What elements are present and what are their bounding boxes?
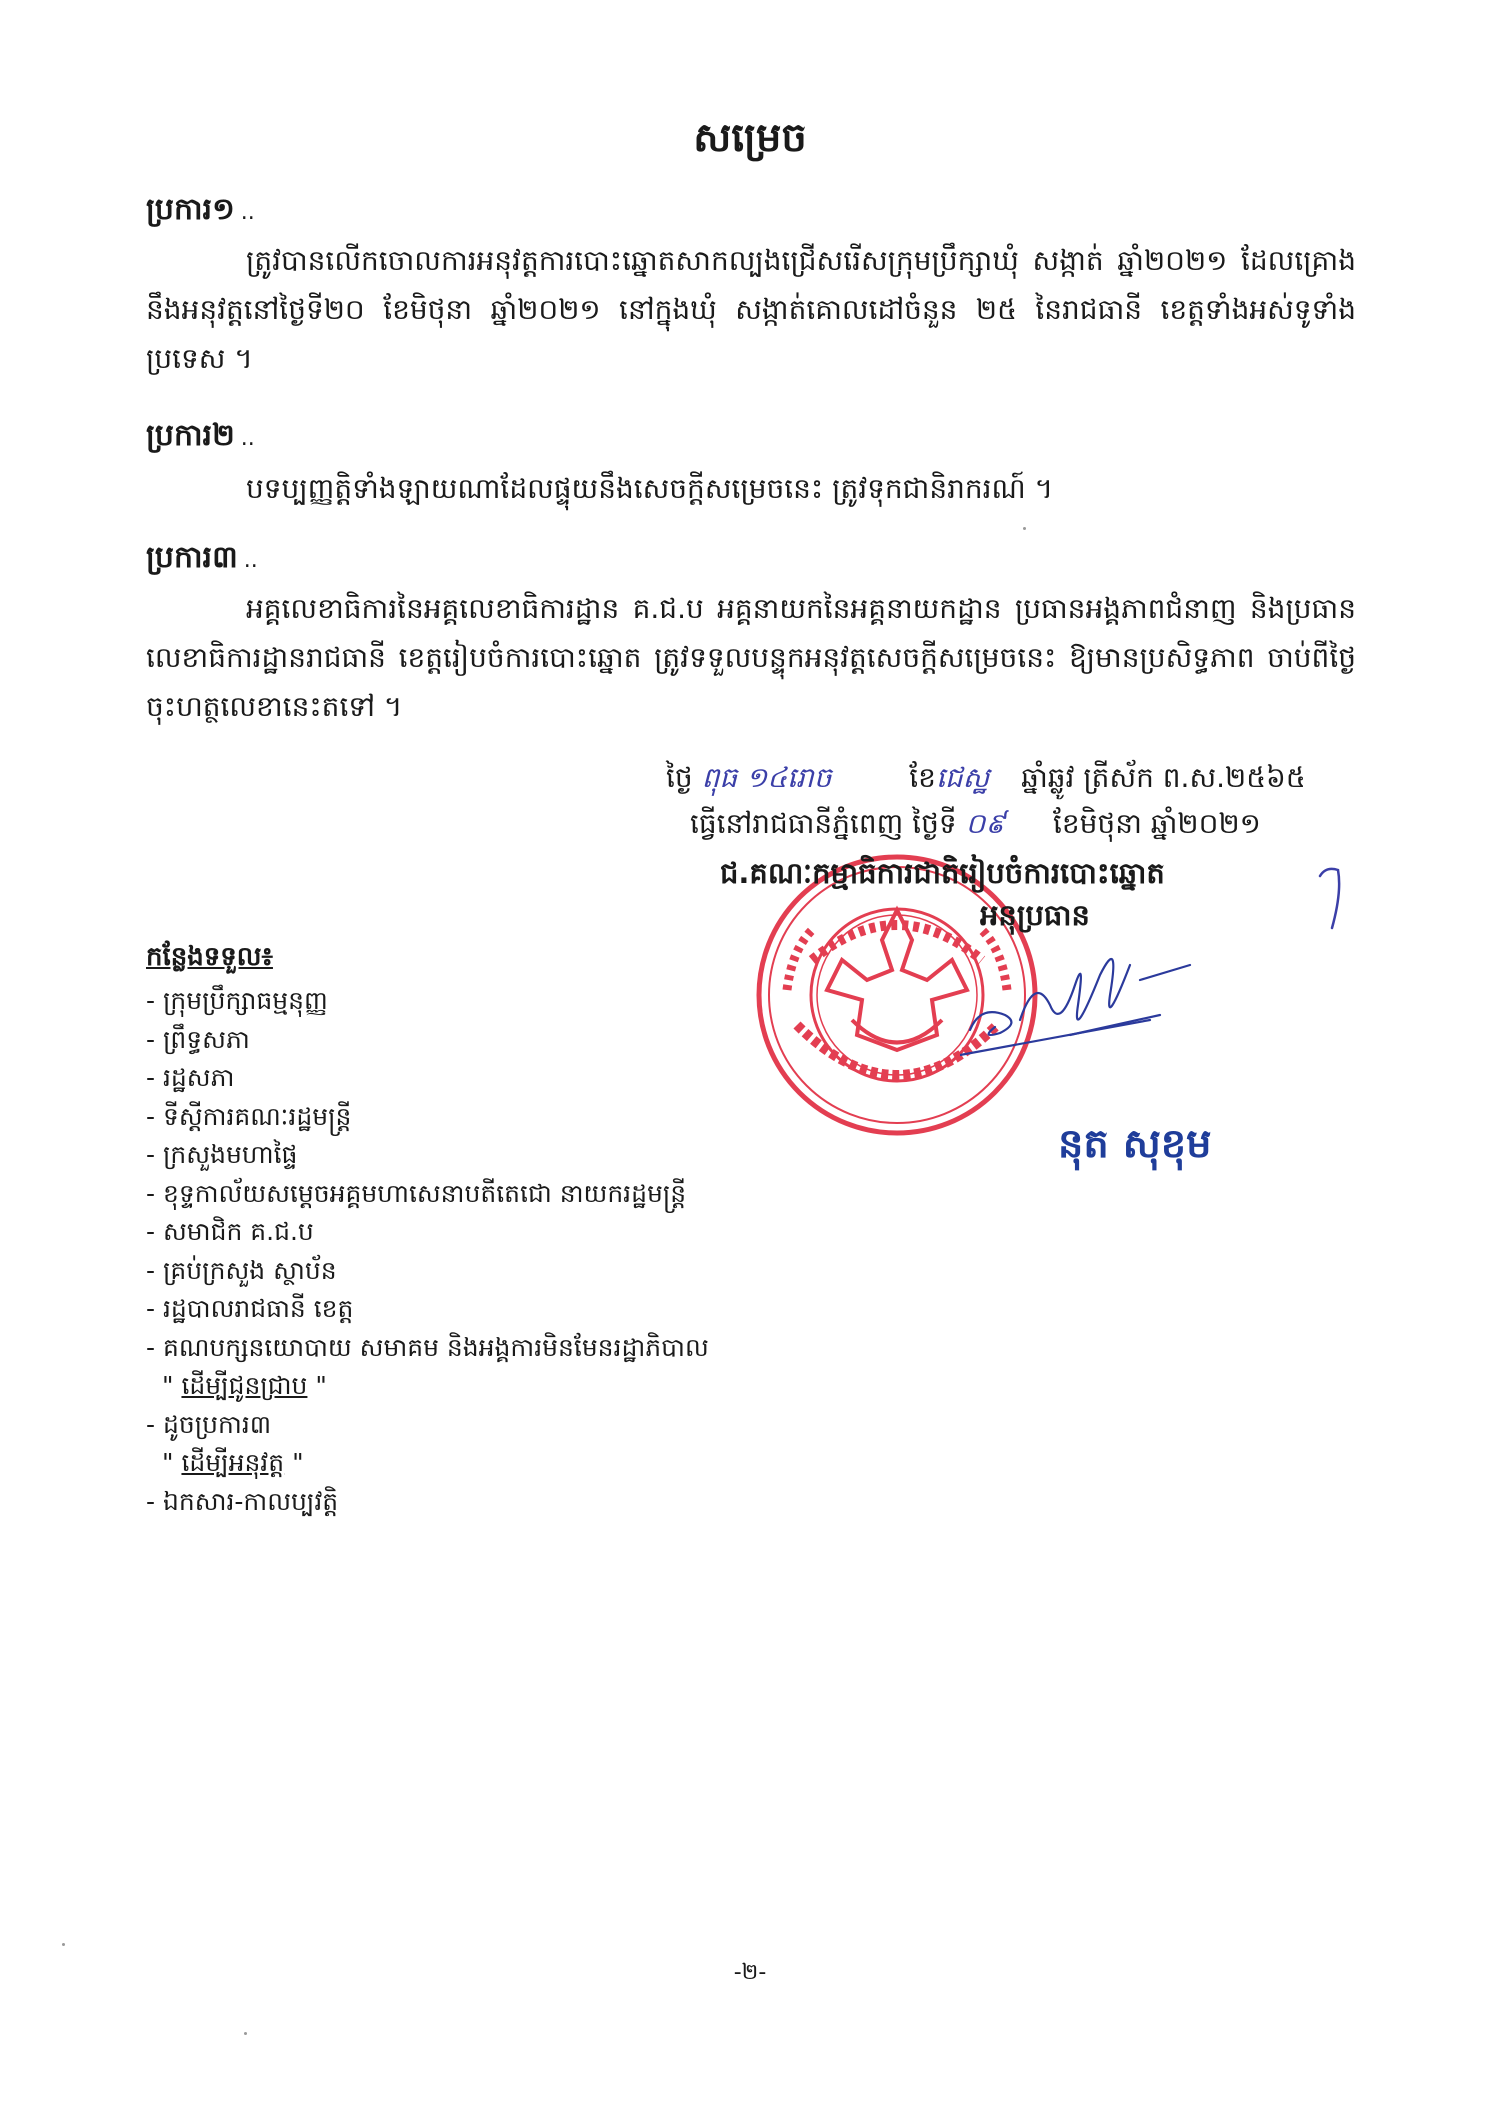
lunar-month-handwritten: ជេស្ឋ xyxy=(936,761,989,794)
article-3-heading: ប្រការ៣.. xyxy=(146,538,258,582)
recipient-item: - ខុទ្ទកាល័យសម្ដេចអគ្គមហាសេនាបតីតេជោ នាយ… xyxy=(146,1175,709,1214)
page-number: -២- xyxy=(0,1958,1500,1990)
recipient-note: " ដើម្បីជូនជ្រាប " xyxy=(146,1367,709,1406)
lunar-day-label: ថ្ងៃ xyxy=(666,761,693,794)
solar-day-handwritten: ០៩ xyxy=(966,807,1006,840)
signer-role: អនុប្រធាន xyxy=(980,898,1090,940)
recipients-heading: កន្លែងទទួល៖ xyxy=(146,940,273,978)
article-3-text: អគ្គលេខាធិការនៃអគ្គលេខាធិការដ្ឋាន គ.ជ.ប … xyxy=(146,592,1356,723)
lunar-year-text: ឆ្នាំឆ្លូវ ត្រីស័ក ព.ស.២៥៦៥ xyxy=(1021,761,1306,794)
signer-name: នុត សុខុម xyxy=(1058,1118,1212,1177)
document-title: សម្រេច xyxy=(0,112,1500,171)
recipient-item: - ក្រុមប្រឹក្សាធម្មនុញ្ញ xyxy=(146,982,709,1021)
recipients-list: - ក្រុមប្រឹក្សាធម្មនុញ្ញ- ព្រឹទ្ធសភា- រដ… xyxy=(146,982,709,1521)
article-2-body: បទប្បញ្ញត្តិទាំងឡាយណាដែលផ្ទុយនឹងសេចក្ដីស… xyxy=(146,464,1356,513)
recipient-item: - រដ្ឋបាលរាជធានី ខេត្ត xyxy=(146,1290,709,1329)
article-3-label: ប្រការ៣ xyxy=(146,540,238,575)
scan-speck xyxy=(1023,527,1026,530)
article-3-suffix: .. xyxy=(244,548,258,573)
lunar-day-handwritten: ពុធ ១៤រោច xyxy=(702,761,832,794)
article-1-suffix: .. xyxy=(241,200,255,225)
recipient-item: - ក្រសួងមហាផ្ទៃ xyxy=(146,1136,709,1175)
recipient-item: - ព្រឹទ្ធសភា xyxy=(146,1021,709,1060)
solar-date-prefix: ធ្វើនៅរាជធានីភ្នំពេញ ថ្ងៃទី xyxy=(690,807,957,840)
recipient-item: - គ្រប់ក្រសួង ស្ថាប័ន xyxy=(146,1252,709,1291)
article-2-label: ប្រការ២ xyxy=(146,418,235,453)
lunar-month-label: ខែ xyxy=(909,761,936,794)
article-2-suffix: .. xyxy=(241,426,255,451)
article-1-label: ប្រការ១ xyxy=(146,192,235,227)
handwritten-signature-icon xyxy=(960,935,1200,1075)
recipient-note: " ដើម្បីអនុវត្ត " xyxy=(146,1444,709,1483)
article-1-text: ត្រូវបានលើកចោលការអនុវត្តការបោះឆ្នោតសាកល្… xyxy=(146,244,1356,375)
article-1-heading: ប្រការ១.. xyxy=(146,190,255,234)
recipient-item: - ដូចប្រការ៣ xyxy=(146,1406,709,1445)
recipient-note-text: ដើម្បីអនុវត្ត xyxy=(181,1448,284,1477)
lunar-date-line: ថ្ងៃ ពុធ ១៤រោច ខែជេស្ឋ ឆ្នាំឆ្លូវ ត្រីស័… xyxy=(666,760,1306,801)
article-3-body: អគ្គលេខាធិការនៃអគ្គលេខាធិការដ្ឋាន គ.ជ.ប … xyxy=(146,584,1356,731)
open-quote: " xyxy=(162,1371,181,1400)
recipient-item: - រដ្ឋសភា xyxy=(146,1059,709,1098)
article-2-text: បទប្បញ្ញត្តិទាំងឡាយណាដែលផ្ទុយនឹងសេចក្ដីស… xyxy=(246,472,1053,505)
recipient-item: - ទីស្ដីការគណៈរដ្ឋមន្ត្រី xyxy=(146,1098,709,1137)
scan-speck xyxy=(244,2032,247,2035)
organization-name: ជ.គណៈកម្មាធិការជាតិរៀបចំការបោះឆ្នោត xyxy=(720,856,1165,898)
solar-date-line: ធ្វើនៅរាជធានីភ្នំពេញ ថ្ងៃទី ០៩ ខែមិថុនា … xyxy=(690,806,1261,847)
close-quote: " xyxy=(284,1448,303,1477)
article-1-body: ត្រូវបានលើកចោលការអនុវត្តការបោះឆ្នោតសាកល្… xyxy=(146,236,1356,383)
recipient-item: - ឯកសារ-កាលប្បវត្តិ xyxy=(146,1483,709,1522)
scan-speck xyxy=(62,1943,65,1946)
solar-date-suffix: ខែមិថុនា ឆ្នាំ២០២១ xyxy=(1053,807,1261,840)
recipient-note-text: ដើម្បីជូនជ្រាប xyxy=(181,1371,307,1400)
handwritten-mark-icon xyxy=(1316,862,1346,932)
recipient-item: - គណបក្សនយោបាយ សមាគម និងអង្គការមិនមែនរដ្… xyxy=(146,1329,709,1368)
recipient-item: - សមាជិក គ.ជ.ប xyxy=(146,1213,709,1252)
article-2-heading: ប្រការ២.. xyxy=(146,416,255,460)
open-quote: " xyxy=(162,1448,181,1477)
close-quote: " xyxy=(307,1371,326,1400)
